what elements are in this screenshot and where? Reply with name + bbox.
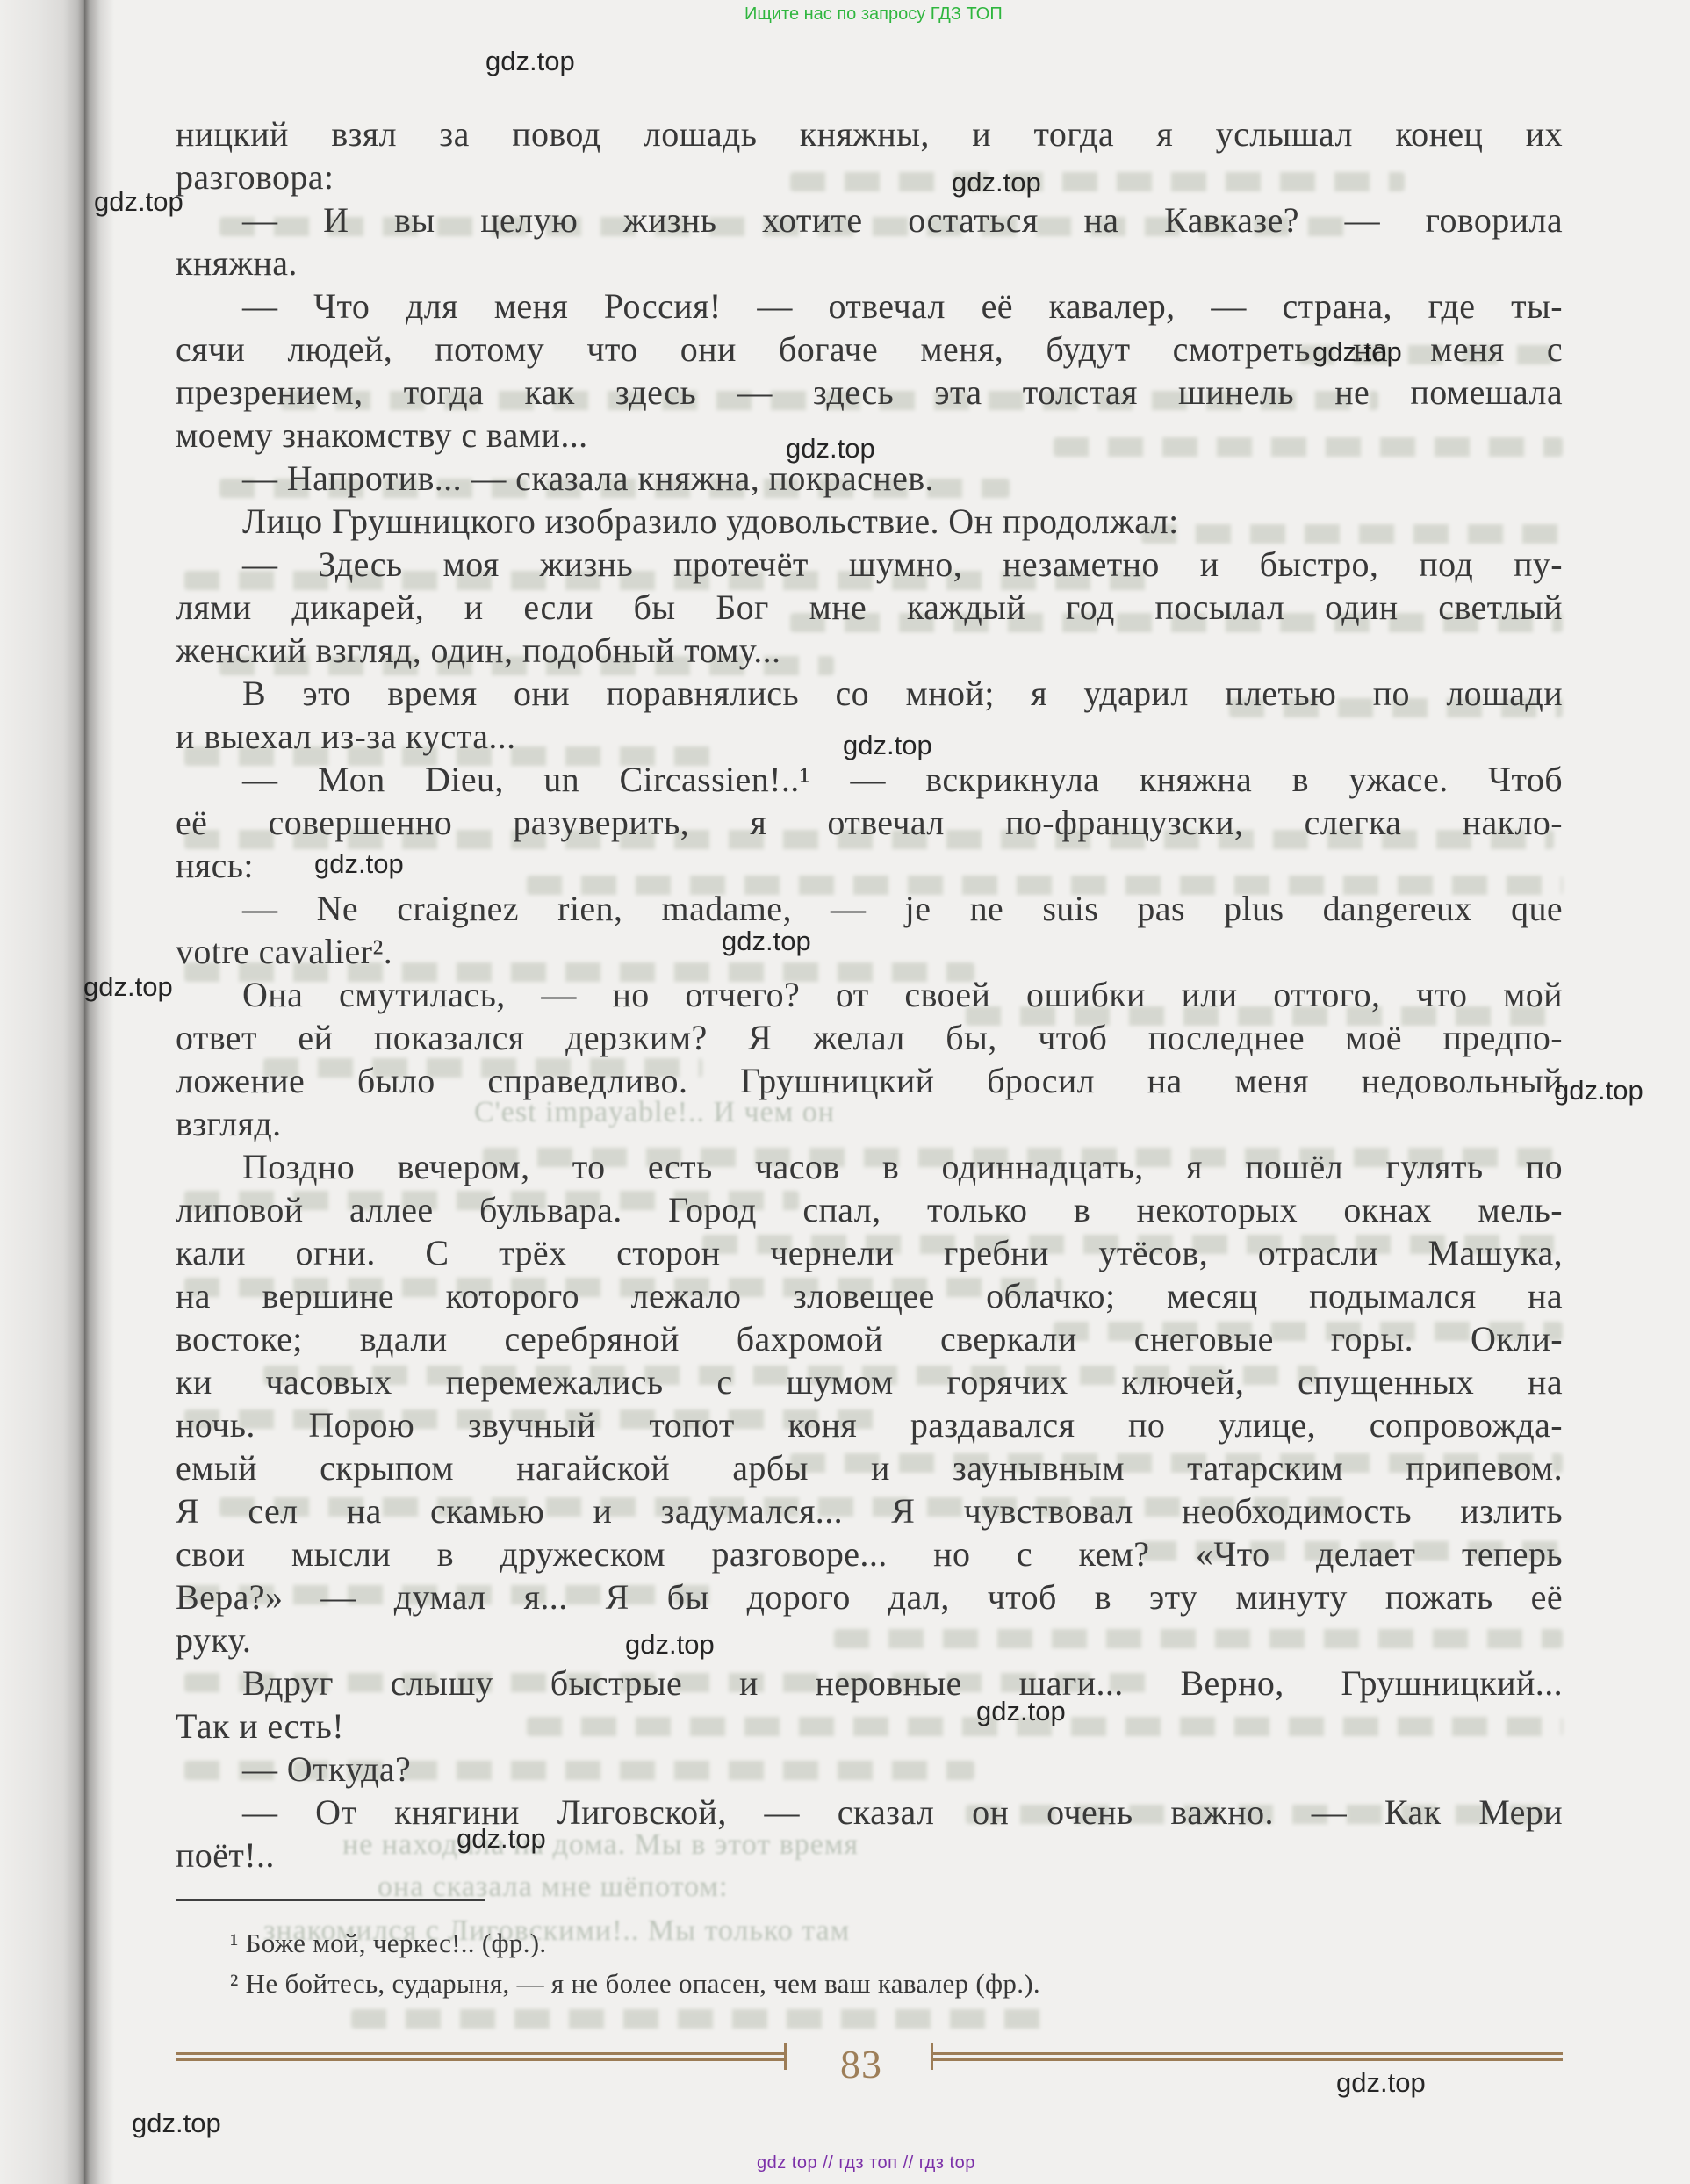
text-line: Вера?» — думал я... Я бы дорого дал, что… (176, 1575, 1563, 1618)
text-line: — Что для меня Россия! — отвечал её кава… (176, 285, 1563, 328)
text-line: разговора: (176, 155, 1563, 198)
text-line: Так и есть! (176, 1705, 1563, 1748)
text-line: женский взгляд, один, подобный тому... (176, 629, 1563, 672)
text-line: Вдруг слышу быстрые и неровные шаги... В… (176, 1661, 1563, 1705)
text-line: — И вы целую жизнь хотите остаться на Ка… (176, 198, 1563, 241)
text-line: — Откуда? (176, 1748, 1563, 1791)
text-line: Она смутилась, — но отчего? от своей оши… (176, 973, 1563, 1016)
watermark-text: gdz.top (1554, 1075, 1643, 1106)
bleedthrough-stripe (351, 2009, 1054, 2029)
text-line: — Напротив... — сказала княжна, покрасне… (176, 457, 1563, 500)
footnote-2: ² Не бойтесь, сударыня, — я не более опа… (176, 1964, 1563, 2004)
text-line: емый скрыпом нагайской арбы и заунывным … (176, 1446, 1563, 1489)
text-line: — Ne craignez rien, madame, — je ne suis… (176, 887, 1563, 930)
watermark-text: gdz.top (1336, 2067, 1426, 2099)
text-line: её совершенно разуверить, я отвечал по-ф… (176, 801, 1563, 844)
text-line: поёт!.. (176, 1834, 1563, 1877)
text-line: votre cavalier². (176, 930, 1563, 973)
text-line: свои мысли в дружеском разговоре... но с… (176, 1532, 1563, 1575)
text-line: ночь. Порою звучный топот коня раздавалс… (176, 1403, 1563, 1446)
text-line: княжна. (176, 241, 1563, 285)
text-line: ки часовых перемежались с шумом горячих … (176, 1360, 1563, 1403)
text-line: Лицо Грушницкого изобразило удовольствие… (176, 500, 1563, 543)
watermark-text: gdz.top (485, 46, 575, 77)
text-line: моему знакомству с вами... (176, 414, 1563, 457)
promo-footer-text: gdz top // гдз топ // гдз top (757, 2153, 975, 2173)
promo-header-text: Ищите нас по запросу ГДЗ ТОП (744, 4, 1003, 25)
text-line: лями дикарей, и если бы Бог мне каждый г… (176, 586, 1563, 629)
text-line: липовой аллее бульвара. Город спал, толь… (176, 1188, 1563, 1231)
footnote-1: ¹ Боже мой, черкес!.. (фр.). (176, 1923, 1563, 1964)
footer-rule-left-endcap (784, 2043, 787, 2070)
text-line: — Здесь моя жизнь протечёт шумно, незаме… (176, 543, 1563, 586)
footnotes: ¹ Боже мой, черкес!.. (фр.). ² Не бойтес… (176, 1923, 1563, 2004)
text-line: В это время они поравнялись со мной; я у… (176, 672, 1563, 715)
text-line: нясь: (176, 844, 1563, 887)
footer-rule-right (933, 2052, 1563, 2061)
text-line: и выехал из-за куста... (176, 715, 1563, 758)
text-line: презрением, тогда как здесь — здесь эта … (176, 371, 1563, 414)
book-page-scan: C'est impayable!.. И чем он не находила … (0, 0, 1690, 2184)
text-line: ницкий взял за повод лошадь княжны, и то… (176, 112, 1563, 155)
watermark-text: gdz.top (132, 2108, 221, 2139)
text-line: кали огни. С трёх сторон чернели гребни … (176, 1231, 1563, 1274)
text-line: Поздно вечером, то есть часов в одиннадц… (176, 1145, 1563, 1188)
text-line: взгляд. (176, 1102, 1563, 1145)
footnote-separator-rule (176, 1899, 485, 1901)
text-line: сячи людей, потому что они богаче меня, … (176, 328, 1563, 371)
footer-rule-left (176, 2052, 784, 2061)
text-line: ложение было справедливо. Грушницкий бро… (176, 1059, 1563, 1102)
text-line: руку. (176, 1618, 1563, 1661)
page-number: 83 (817, 2041, 905, 2087)
page-left-edge (0, 0, 84, 2184)
body-text: ницкий взял за повод лошадь княжны, и то… (176, 112, 1563, 1877)
book-fold-shadow (84, 0, 114, 2184)
text-line: Я сел на скамью и задумался... Я чувство… (176, 1489, 1563, 1532)
text-line: востоке; вдали серебряной бахромой сверк… (176, 1317, 1563, 1360)
text-line: ответ ей показался дерзким? Я желал бы, … (176, 1016, 1563, 1059)
text-line: — Mon Dieu, un Circassien!..¹ — вскрикну… (176, 758, 1563, 801)
text-line: — От княгини Лиговской, — сказал он очен… (176, 1791, 1563, 1834)
text-line: на вершине которого лежало зловещее обла… (176, 1274, 1563, 1317)
